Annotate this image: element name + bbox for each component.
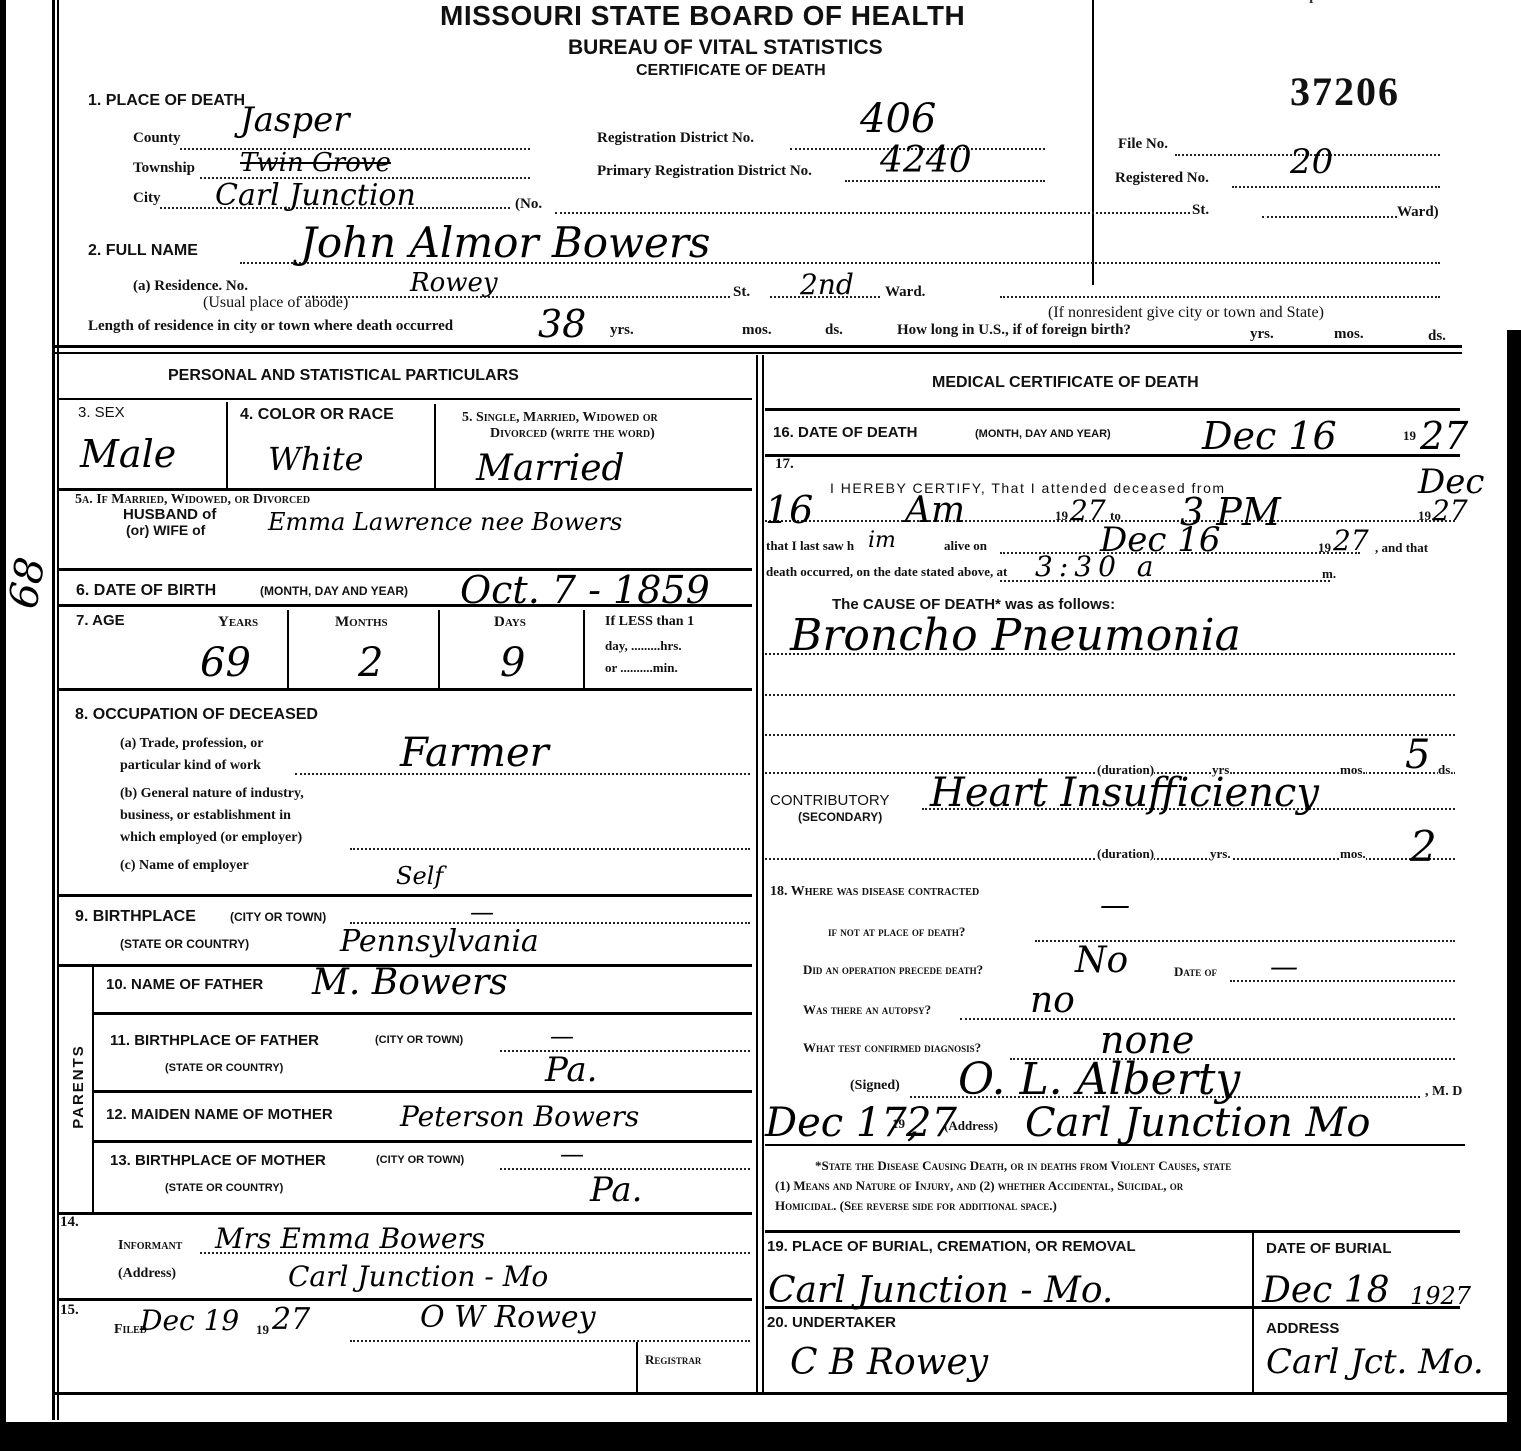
sign-year-prefix: 19	[892, 1116, 905, 1132]
mother-state-label: (STATE OR COUNTRY)	[165, 1182, 283, 1194]
months-value[interactable]: 2	[358, 640, 383, 686]
city-st-label: St.	[1192, 202, 1209, 219]
margin-note: 68	[0, 554, 54, 612]
filed-year-prefix: 19	[256, 1322, 269, 1338]
mother-city-value[interactable]: —	[560, 1140, 584, 1168]
age-divider-1	[287, 610, 289, 688]
office-note: Do not use this space.	[1205, 0, 1342, 5]
cause-duration-ds[interactable]: 5	[1405, 732, 1430, 778]
industry-label-3: which employed (or employer)	[120, 830, 302, 846]
residence-label: (a) Residence. No.	[133, 278, 248, 295]
date-of-label: Date of	[1174, 964, 1217, 980]
mother-birthplace-label: 13. BIRTHPLACE OF MOTHER	[110, 1152, 326, 1169]
abode-note: (Usual place of abode)	[203, 294, 348, 312]
center-divider	[756, 355, 758, 1393]
days-label: Days	[494, 614, 526, 631]
birthplace-state-label: (STATE OR COUNTRY)	[120, 937, 249, 951]
race-value[interactable]: White	[268, 440, 364, 478]
father-name-value[interactable]: M. Bowers	[312, 962, 508, 1003]
date-of-value[interactable]: —	[1270, 950, 1298, 983]
employer-value[interactable]: Self	[396, 862, 443, 890]
age-label: 7. AGE	[76, 612, 125, 629]
informant-label: Informant	[118, 1238, 182, 1254]
burial-place-value[interactable]: Carl Junction - Mo.	[768, 1270, 1113, 1311]
informant-value[interactable]: Mrs Emma Bowers	[215, 1222, 485, 1255]
contributory-value[interactable]: Heart Insufficiency	[930, 770, 1319, 816]
industry-label-2: business, or establishment in	[120, 808, 291, 824]
cause-mos-label: mos.	[1340, 762, 1366, 778]
father-state-value[interactable]: Pa.	[545, 1050, 597, 1090]
registrar-value[interactable]: O W Rowey	[420, 1300, 596, 1335]
primary-reg-district-label: Primary Registration District No.	[597, 163, 812, 180]
city-ward-label: Ward)	[1397, 204, 1439, 221]
birthplace-city-value[interactable]: —	[470, 898, 494, 926]
registrar-label: Registrar	[645, 1352, 701, 1368]
spouse-label-3: (or) WIFE of	[126, 522, 205, 538]
residence-st-label: St.	[733, 284, 750, 301]
row-7-rule	[57, 688, 752, 691]
office-box-divider	[1092, 0, 1094, 285]
age-divider-3	[583, 610, 585, 688]
city-value[interactable]: Carl Junction	[215, 178, 416, 213]
center-divider-2	[762, 355, 764, 1393]
form-border-left-inner	[57, 0, 59, 1420]
registrar-divider	[636, 1342, 638, 1392]
contracted-label: 18. Where was disease contracted	[770, 884, 979, 900]
dod-year-value[interactable]: 27	[1420, 414, 1468, 458]
registrar-line	[350, 1340, 750, 1342]
burial-place-label: 19. PLACE OF BURIAL, CREMATION, OR REMOV…	[767, 1238, 1136, 1255]
filed-number: 15.	[60, 1302, 79, 1319]
burial-date-value[interactable]: Dec 18	[1262, 1270, 1390, 1311]
form-border-left	[52, 0, 55, 1420]
sex-race-divider	[226, 402, 228, 490]
row-6-rule	[57, 604, 752, 607]
informant-address-label: (Address)	[118, 1266, 176, 1282]
length-residence-label: Length of residence in city or town wher…	[88, 318, 453, 335]
birthplace-state-value[interactable]: Pennsylvania	[340, 924, 539, 959]
registered-no-value[interactable]: 20	[1290, 142, 1333, 182]
undertaker-label: 20. UNDERTAKER	[767, 1314, 896, 1331]
less-than-label-3: or ..........min.	[605, 660, 678, 676]
marital-label-1: 5. Single, Married, Widowed or	[462, 410, 658, 426]
place-of-death-label: 1. PLACE OF DEATH	[88, 92, 245, 110]
burial-date-label: DATE OF BURIAL	[1266, 1240, 1392, 1257]
residence-ward-label: Ward.	[885, 284, 925, 301]
row-3-rule	[57, 488, 752, 491]
contributory-label: CONTRIBUTORY	[770, 792, 889, 809]
city-no-line	[555, 212, 1190, 214]
days-value[interactable]: 9	[500, 640, 525, 686]
race-marital-divider	[434, 404, 436, 488]
city-no-label: (No.	[515, 196, 542, 213]
employer-label: (c) Name of employer	[120, 858, 249, 874]
row-8-rule	[57, 894, 752, 897]
spouse-value[interactable]: Emma Lawrence nee Bowers	[268, 508, 622, 536]
full-name-label: 2. FULL NAME	[88, 242, 198, 260]
time-of-death[interactable]: 3:30 a	[1035, 550, 1159, 583]
medical-heading: MEDICAL CERTIFICATE OF DEATH	[932, 374, 1199, 392]
dob-sublabel: (MONTH, DAY AND YEAR)	[260, 584, 408, 598]
filed-year-value[interactable]: 27	[272, 1302, 310, 1337]
township-value[interactable]: Twin Grove	[240, 148, 391, 178]
death-occurred-label: death occurred, on the date stated above…	[766, 564, 1007, 580]
dob-label: 6. DATE OF BIRTH	[76, 582, 216, 600]
residence-ward-value[interactable]: 2nd	[800, 268, 854, 301]
header-divider-2	[52, 352, 1462, 354]
less-than-label-1: If LESS than 1	[605, 614, 694, 630]
years-value[interactable]: 69	[200, 640, 251, 686]
father-name-label: 10. NAME OF FATHER	[106, 976, 263, 993]
time-suffix: m.	[1322, 566, 1336, 582]
full-name-value[interactable]: John Almor Bowers	[300, 218, 710, 267]
city-label: City	[133, 190, 161, 207]
medical-bottom-rule	[765, 1230, 1460, 1233]
operation-value[interactable]: No	[1075, 940, 1128, 981]
footnote-1: *State the Disease Causing Death, or in …	[815, 1158, 1231, 1174]
dod-value[interactable]: Dec 16	[1202, 414, 1337, 458]
autopsy-label: Was there an autopsy?	[803, 1002, 931, 1018]
spouse-label-2: HUSBAND of	[123, 506, 216, 523]
trade-value[interactable]: Farmer	[400, 730, 549, 776]
dod-sublabel: (MONTH, DAY AND YEAR)	[975, 428, 1111, 440]
header-divider	[52, 345, 1462, 348]
cert-number: 17.	[775, 456, 794, 473]
footnote-3: Homicidal. (See reverse side for additio…	[775, 1198, 1057, 1214]
parents-bottom-rule	[57, 1212, 752, 1215]
birthplace-label: 9. BIRTHPLACE	[75, 908, 196, 926]
sex-value[interactable]: Male	[80, 432, 176, 476]
residence-value[interactable]: Rowey	[410, 268, 498, 298]
foreign-mos-label: mos.	[1334, 326, 1364, 343]
sex-label: 3. SEX	[78, 404, 125, 421]
trade-label-2: particular kind of work	[120, 758, 261, 774]
industry-label-1: (b) General nature of industry,	[120, 786, 304, 802]
contributory-mos-label: mos.	[1340, 846, 1366, 862]
parents-side-label: PARENTS	[70, 1044, 87, 1129]
mother-maiden-rule	[92, 1140, 752, 1143]
occupation-label: 8. OCCUPATION OF DECEASED	[75, 706, 318, 724]
father-city-value[interactable]: —	[550, 1022, 574, 1050]
age-divider-2	[438, 610, 440, 688]
parents-divider	[92, 964, 94, 1212]
registered-no-label: Registered No.	[1115, 170, 1209, 187]
dod-label: 16. DATE OF DEATH	[773, 424, 917, 441]
attended-to-year-prefix: 19	[1418, 508, 1431, 524]
mother-maiden-value[interactable]: Peterson Bowers	[400, 1100, 639, 1133]
dod-year-prefix: 19	[1403, 428, 1416, 444]
form-border-bottom	[52, 1392, 1507, 1395]
race-label: 4. COLOR OR RACE	[240, 406, 394, 424]
file-no-label: File No.	[1118, 136, 1168, 153]
burial-divider	[1252, 1232, 1254, 1392]
industry-line	[350, 848, 750, 850]
mother-state-value[interactable]: Pa.	[590, 1170, 642, 1210]
father-birthplace-rule	[92, 1090, 752, 1093]
burial-address-label: ADDRESS	[1266, 1320, 1339, 1337]
residence-line	[300, 296, 730, 298]
contracted-value[interactable]: —	[1100, 888, 1130, 923]
foreign-birth-label: How long in U.S., if of foreign birth?	[897, 322, 1131, 339]
signed-label: (Signed)	[850, 1078, 900, 1094]
md-label: , M. D	[1425, 1084, 1462, 1100]
length-yrs-label: yrs.	[610, 322, 634, 339]
cause-ds-label: ds.	[1438, 762, 1454, 778]
medical-heading-rule	[765, 408, 1460, 411]
cause-line-2	[765, 694, 1455, 696]
mother-city-sublabel: (CITY OR TOWN)	[376, 1154, 464, 1166]
city-ward-line	[1262, 216, 1397, 218]
last-saw-year[interactable]: 27	[1333, 524, 1369, 557]
scan-edge-left	[0, 0, 6, 1451]
father-city-line	[500, 1050, 750, 1052]
birthplace-city-sublabel: (CITY OR TOWN)	[230, 910, 326, 924]
undertaker-value[interactable]: C B Rowey	[790, 1342, 988, 1383]
scan-edge-right	[1507, 330, 1521, 1451]
years-label: Years	[218, 614, 258, 631]
less-than-label-2: day, .........hrs.	[605, 638, 682, 654]
alive-on-label: alive on	[944, 538, 987, 554]
personal-heading: PERSONAL AND STATISTICAL PARTICULARS	[168, 367, 519, 385]
not-at-place-label: if not at place of death?	[828, 924, 965, 940]
burial-address-value[interactable]: Carl Jct. Mo.	[1266, 1342, 1484, 1382]
attended-from-day[interactable]: 16	[765, 488, 813, 532]
length-residence-yrs-value[interactable]: 38	[538, 302, 586, 346]
scan-edge-bottom	[0, 1422, 1521, 1451]
months-label: Months	[335, 614, 388, 631]
contributory-yrs-label: yrs.	[1210, 846, 1231, 862]
form-subtitle: BUREAU OF VITAL STATISTICS	[568, 36, 883, 60]
county-label: County	[133, 130, 181, 147]
operation-label: Did an operation precede death?	[803, 962, 983, 978]
marital-label-2: Divorced (write the word)	[490, 426, 655, 442]
cause-line-3	[765, 734, 1455, 736]
trade-label-1: (a) Trade, profession, or	[120, 736, 264, 752]
date-of-line	[1230, 980, 1455, 982]
certificate-number: 37206	[1290, 68, 1400, 115]
last-saw-year-prefix: 19	[1318, 540, 1331, 556]
mother-maiden-label: 12. MAIDEN NAME OF MOTHER	[106, 1106, 333, 1123]
attended-from-time[interactable]: Am	[905, 490, 965, 531]
dod-rule	[765, 454, 1460, 457]
filed-date-value[interactable]: Dec 19	[140, 1304, 239, 1337]
marital-value[interactable]: Married	[476, 448, 625, 489]
sign-address-underline	[765, 1144, 1465, 1146]
certify-text: I HEREBY CERTIFY, That I attended deceas…	[830, 480, 1226, 496]
county-value[interactable]: Jasper	[240, 100, 350, 140]
nonresident-line	[1000, 296, 1440, 298]
footnote-2: (1) Means and Nature of Injury, and (2) …	[775, 1178, 1183, 1194]
foreign-yrs-label: yrs.	[1250, 326, 1274, 343]
length-ds-label: ds.	[825, 322, 843, 339]
father-name-rule	[92, 1012, 752, 1015]
sign-address-label: (Address)	[944, 1118, 998, 1134]
contributory-duration-label: (duration)	[1097, 846, 1154, 862]
foreign-ds-label: ds.	[1428, 328, 1446, 345]
last-saw-pronoun[interactable]: im	[868, 528, 896, 553]
reg-district-value[interactable]: 406	[860, 96, 936, 142]
cause-value[interactable]: Broncho Pneumonia	[790, 610, 1241, 661]
signed-value[interactable]: O. L. Alberty	[958, 1054, 1240, 1105]
reg-district-label: Registration District No.	[597, 130, 754, 147]
registered-no-line	[1232, 186, 1440, 188]
primary-reg-district-value[interactable]: 4240	[880, 140, 972, 181]
contributory-duration-ds[interactable]: 2	[1410, 822, 1437, 871]
contributory-sublabel: (SECONDARY)	[798, 810, 882, 824]
attended-to-year[interactable]: 27	[1432, 494, 1468, 527]
attended-from-year-prefix: 19	[1055, 508, 1068, 524]
personal-heading-rule	[57, 398, 752, 400]
burial-place-rule	[765, 1306, 1460, 1309]
father-state-label: (STATE OR COUNTRY)	[165, 1062, 283, 1074]
form-title: MISSOURI STATE BOARD OF HEALTH	[440, 0, 965, 32]
autopsy-value[interactable]: no	[1030, 980, 1075, 1021]
test-label: What test confirmed diagnosis?	[803, 1040, 981, 1056]
informant-rule	[57, 1298, 752, 1301]
township-label: Township	[133, 160, 195, 177]
last-saw-label: that I last saw h	[766, 538, 854, 554]
informant-address-value[interactable]: Carl Junction - Mo	[288, 1260, 548, 1293]
length-mos-label: mos.	[742, 322, 772, 339]
informant-number: 14.	[60, 1214, 79, 1231]
and-that-label: , and that	[1375, 540, 1428, 556]
nonresident-note: (If nonresident give city or town and St…	[1048, 304, 1324, 322]
father-birthplace-label: 11. BIRTHPLACE OF FATHER	[110, 1032, 319, 1049]
form-name: CERTIFICATE OF DEATH	[636, 62, 826, 80]
sign-address-value[interactable]: Carl Junction Mo	[1025, 1100, 1371, 1146]
father-city-sublabel: (CITY OR TOWN)	[375, 1034, 463, 1046]
